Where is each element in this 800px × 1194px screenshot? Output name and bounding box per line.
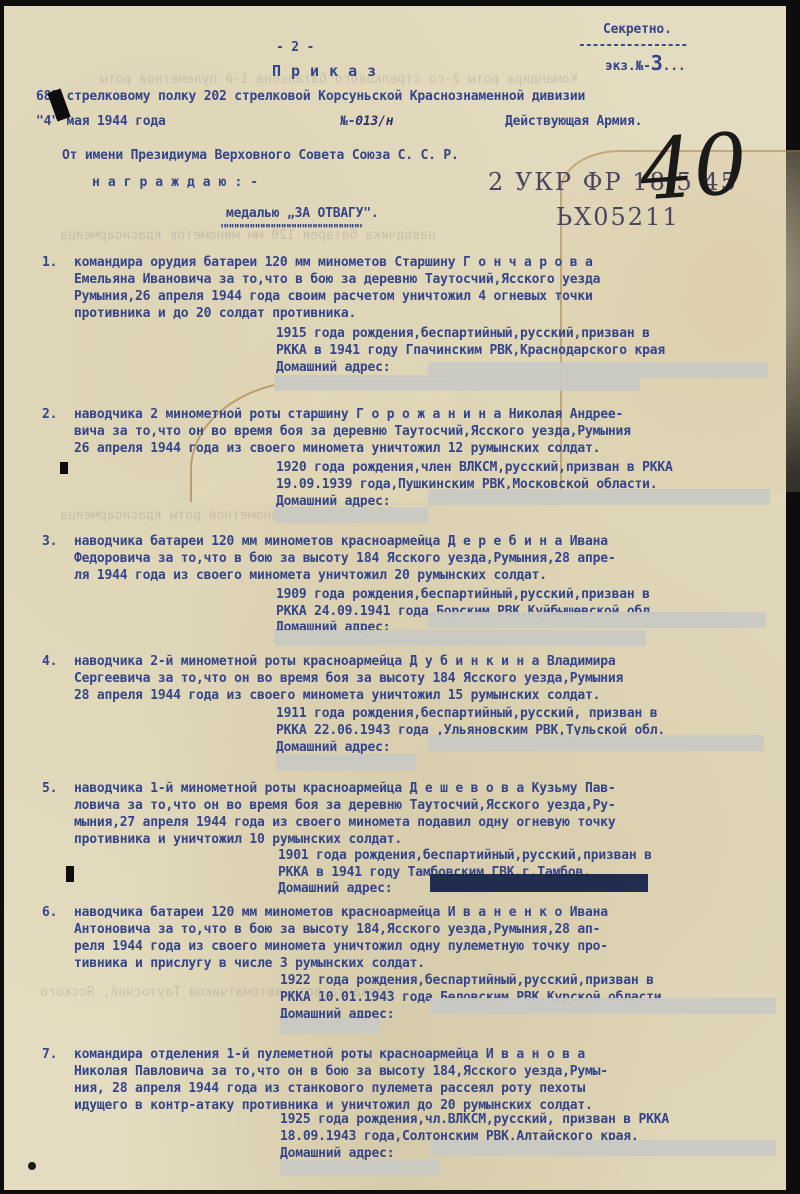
bio-line: 1925 года рождения,чл.ВЛКСМ,русский, при… [280, 1112, 669, 1127]
redacted-address [430, 874, 648, 892]
redacted-address [428, 612, 766, 628]
paper-damage [60, 462, 68, 474]
citation-line: 28 апреля 1944 года из своего миномета у… [74, 688, 600, 703]
bio-line: 1920 года рождения,член ВЛКСМ,русский,пр… [276, 460, 673, 475]
address-label: Домашний адрес: [276, 360, 390, 375]
award-verb: награждаю:- [92, 175, 266, 190]
bio-line: 1915 года рождения,беспартийный,русский,… [276, 326, 650, 341]
citation-line: реля 1944 года из своего миномета уничто… [74, 939, 608, 954]
citation-line: противника и до 20 солдат противника. [74, 306, 356, 321]
redacted-address [430, 1140, 776, 1156]
address-label: Домашний адрес: [278, 881, 392, 896]
addressee-line: 682 стрелковому полку 202 стрелковой Кор… [36, 89, 585, 104]
entry-number: 6. [42, 905, 57, 920]
citation-line: наводчика 1-й минометной роты красноарме… [74, 781, 616, 796]
citation-line: Антоновича за то,что в бою за высоту 184… [74, 922, 600, 937]
citation-line: Николая Павловича за то,что он в бою за … [74, 1064, 608, 1079]
bio-line: 1901 года рождения,беспартийный,русский,… [278, 848, 652, 863]
bio-line: РККА в 1941 году Гпачинским РВК,Краснода… [276, 343, 665, 358]
citation-line: наводчика 2-й минометной роты красноарме… [74, 654, 616, 669]
entry-number: 2. [42, 407, 57, 422]
document-title: Приказ [272, 64, 386, 79]
citation-line: ния, 28 апреля 1944 года из станкового п… [74, 1081, 585, 1096]
address-label: Домашний адрес: [280, 1146, 394, 1161]
punch-hole [28, 1162, 36, 1170]
citation-line: наводчика батареи 120 мм минометов красн… [74, 534, 608, 549]
citation-line: вича за то,что он во время боя за деревн… [74, 424, 631, 439]
bio-line: 1922 года рождения,беспартийный,русский,… [280, 973, 654, 988]
redacted-address [280, 1018, 380, 1034]
citation-line: Федоровича за то,что в бою за высоту 184… [74, 551, 616, 566]
copy-number-label: экз.№-3... [605, 56, 686, 74]
classification-label: Секретно. [603, 22, 672, 37]
redacted-address [430, 998, 776, 1014]
entry-number: 7. [42, 1047, 57, 1062]
entry-number: 3. [42, 534, 57, 549]
paper-damage [66, 866, 74, 882]
redacted-address [274, 375, 640, 391]
handwritten-number: 40 [637, 114, 750, 219]
army-label: Действующая Армия. [505, 114, 642, 129]
redacted-address [428, 489, 770, 505]
bio-line: 1911 года рождения,беспартийный,русский,… [276, 706, 657, 721]
address-label: Домашний адрес: [276, 740, 390, 755]
citation-line: наводчика батареи 120 мм минометов красн… [74, 905, 608, 920]
citation-line: Румыния,26 апреля 1944 года своим расчет… [74, 289, 593, 304]
medal-name: медалью „ЗА ОТВАГУ". [226, 206, 379, 221]
citation-line: ля 1944 года из своего миномета уничтожи… [74, 568, 547, 583]
citation-line: Сергеевича за то,что он во время боя за … [74, 671, 623, 686]
citation-line: Емельяна Ивановича за то,что в бою за де… [74, 272, 600, 287]
entry-number: 5. [42, 781, 57, 796]
medal-underline: """"""""""""""""""""""""""" [220, 222, 361, 237]
citation-line: тивника и прислугу в числе 3 румынских с… [74, 956, 425, 971]
citation-line: командира отделения 1-й пулеметной роты … [74, 1047, 585, 1062]
bio-line: 1909 года рождения,беспартийный,русский,… [276, 587, 650, 602]
page-number: - 2 - [276, 40, 314, 55]
document-scan: Командира роты 2-го стрелкового батальон… [0, 0, 800, 1194]
redacted-address [276, 754, 416, 770]
order-number: №-013/н [340, 114, 393, 129]
redacted-address [274, 507, 428, 523]
citation-line: мыния,27 апреля 1944 года из своего мино… [74, 815, 616, 830]
copy-number: 3 [651, 51, 663, 75]
entry-number: 1. [42, 255, 57, 270]
redacted-address [428, 735, 764, 751]
citation-line: ловича за то,что он во время боя за дере… [74, 798, 616, 813]
redacted-address [274, 630, 646, 646]
citation-line: противника и уничтожил 10 румынских солд… [74, 832, 402, 847]
citation-line: командира орудия батареи 120 мм миномето… [74, 255, 593, 270]
entry-number: 4. [42, 654, 57, 669]
citation-line: идущего в контр-атаку противника и уничт… [74, 1098, 593, 1113]
redacted-address [280, 1160, 440, 1176]
classification-underline: ---------------- [578, 38, 687, 53]
citation-line: наводчика 2 минометной роты старшину Г о… [74, 407, 623, 422]
authority-line: От имени Президиума Верховного Совета Со… [62, 148, 459, 163]
citation-line: 26 апреля 1944 года из своего миномета у… [74, 441, 600, 456]
